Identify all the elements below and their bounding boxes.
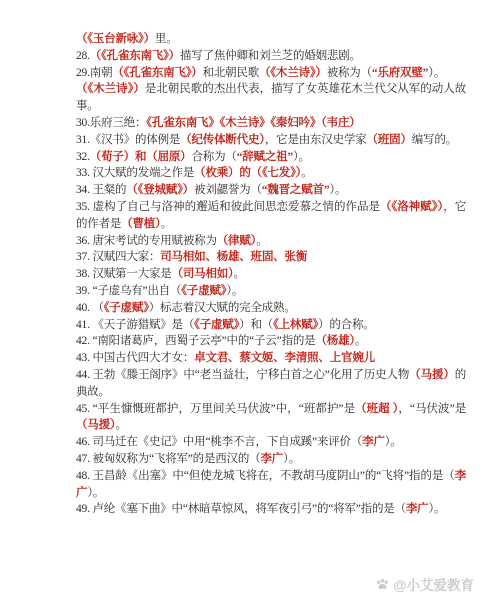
answer-text: 《子虚赋》 bbox=[194, 319, 239, 331]
paw-icon bbox=[375, 577, 390, 592]
list-item: 30.乐府三绝：《孔雀东南飞》《木兰诗》《秦妇吟》（韦庄） bbox=[76, 115, 466, 132]
answer-text: （班超 ） bbox=[355, 403, 398, 415]
answer-text: （《孔雀东南飞》） bbox=[112, 67, 202, 79]
answer-text: （荀子）和（屈原） bbox=[90, 151, 192, 163]
question-text: 31.《汉书》的体例是 bbox=[76, 134, 180, 146]
list-item: 41. 《天子游猎赋》是（《子虚赋》）和（《上林赋》）的合称。 bbox=[76, 317, 466, 334]
answer-text: （马援） bbox=[409, 369, 454, 381]
question-text: ）。 bbox=[293, 151, 310, 163]
list-item: 43. 中国古代四大才女：卓文君、蔡文姬、李清照、上官婉儿 bbox=[76, 350, 466, 367]
answer-text: “乐府双壁” bbox=[372, 67, 428, 79]
list-item: 29.南朝（《孔雀东南飞》）和北朝民歌（《木兰诗》）被称为（“乐府双壁”）。 bbox=[76, 65, 466, 82]
answer-text: （班固） bbox=[367, 134, 412, 146]
answer-text: （《孔雀东南飞》） bbox=[90, 50, 180, 62]
list-item: 32.（荀子）和（屈原）合称为（“辞赋之祖”）。 bbox=[76, 149, 466, 166]
question-text: ，它是由东汉史学家 bbox=[265, 134, 367, 146]
list-item: 31.《汉书》的体例是（纪传体断代史），它是由东汉史学家（班固）编写的。 bbox=[76, 132, 466, 149]
question-text: 36. 唐宋考试的专用赋被称为 bbox=[76, 235, 217, 247]
answer-text: “辞赋之祖” bbox=[237, 151, 293, 163]
answer-text: （司马相如） bbox=[172, 268, 234, 280]
list-item: 39. “子虚乌有”出自（《子虚赋》）。 bbox=[76, 283, 466, 300]
list-item: 46. 司马迁在《史记》中用“桃李不言，下自成蹊”来评价（李广）。 bbox=[76, 434, 466, 451]
document-page: （《玉台新咏》）里。28.（《孔雀东南飞》）描写了焦仲卿和刘兰芝的婚姻悲剧。29… bbox=[0, 0, 500, 600]
answer-text: （《玉台新咏》） bbox=[76, 33, 155, 45]
question-text: ）。 bbox=[283, 453, 300, 465]
list-item: 36. 唐宋考试的专用赋被称为（律赋）。 bbox=[76, 233, 466, 250]
question-text: 41. 《天子游猎赋》是（ bbox=[76, 319, 194, 331]
question-text: 37. 汉赋四大家： bbox=[76, 251, 160, 263]
answer-text: （《洛神赋》） bbox=[380, 201, 443, 213]
question-text: 和北朝民歌 bbox=[203, 67, 260, 79]
question-text: ）。 bbox=[428, 503, 445, 515]
answer-text: 李广 bbox=[260, 453, 283, 465]
question-text: 合称为（ bbox=[191, 151, 236, 163]
list-item: 35. 虚构了自己与洛神的邂逅和彼此间思恋爱慕之情的作品是（《洛神赋》），它的作… bbox=[76, 199, 466, 233]
question-text: ）标志着汉大赋的完全成熟。 bbox=[149, 302, 296, 314]
question-text: 32. bbox=[76, 151, 90, 163]
answer-text: 《孔雀东南飞》《木兰诗》《秦妇吟》（韦庄） bbox=[146, 117, 360, 129]
list-item: 44. 王勃《滕王阁序》中“老当益壮，宁移白首之心”化用了历史人物（马援）的典故… bbox=[76, 367, 466, 401]
answer-text: （《木兰诗》） bbox=[259, 67, 327, 79]
answer-text: 卓文君、蔡文姬、李清照、上官婉儿 bbox=[194, 352, 375, 364]
question-text: 42. “南阳诸葛庐，西蜀子云亭”中的“子云”指的是 bbox=[76, 335, 315, 347]
list-item: （《玉台新咏》）里。 bbox=[76, 31, 466, 48]
question-text: 34. 王粲的 bbox=[76, 184, 126, 196]
list-item: 33. 汉大赋的发端之作是（枚乘）的（《七发》）。 bbox=[76, 165, 466, 182]
question-text: 编写的。 bbox=[412, 134, 457, 146]
answer-text: 《子虚赋》 bbox=[104, 302, 149, 314]
list-item: 48. 王昌龄《出塞》中“但使龙城飞将在，不教胡马度阴山”的“飞将”指的是（李广… bbox=[76, 468, 466, 502]
question-text: 39. “子虚乌有”出自（ bbox=[76, 285, 181, 297]
question-text: 45. “平生慷慨班都护，万里间关马伏波”中，“班都护”是 bbox=[76, 403, 355, 415]
answer-text: 司马相如、杨雄、班固、张衡 bbox=[160, 251, 307, 263]
answer-text: “魏晋之赋首” bbox=[262, 184, 330, 196]
answer-text: （《登城赋》） bbox=[126, 184, 194, 196]
question-text: ）的合称。 bbox=[318, 319, 375, 331]
list-item: 38. 汉赋第一大家是（司马相如）。 bbox=[76, 266, 466, 283]
question-text: 46. 司马迁在《史记》中用“桃李不言，下自成蹊”来评价（ bbox=[76, 436, 362, 448]
list-item: 28.（《孔雀东南飞》）描写了焦仲卿和刘兰芝的婚姻悲剧。 bbox=[76, 48, 466, 65]
answer-text: 李广 bbox=[362, 436, 385, 448]
list-item: 45. “平生慷慨班都护，万里间关马伏波”中，“班都护”是（班超 ），“马伏波”… bbox=[76, 401, 466, 435]
question-text: 33. 汉大赋的发端之作是 bbox=[76, 167, 194, 179]
question-text: 49. 卢纶《塞下曲》中“林暗草惊风，将军夜引弓”的“将军”指的是（ bbox=[76, 503, 406, 515]
question-text: 。 bbox=[234, 268, 245, 280]
question-text: 里。 bbox=[155, 33, 178, 45]
question-text: ）和（ bbox=[239, 319, 273, 331]
question-text: 30.乐府三绝： bbox=[76, 117, 146, 129]
question-text: 44. 王勃《滕王阁序》中“老当益壮，宁移白首之心”化用了历史人物 bbox=[76, 369, 409, 381]
answer-text: （律赋） bbox=[217, 235, 256, 247]
question-text: 40. （ bbox=[76, 302, 104, 314]
question-text: ）。 bbox=[226, 285, 243, 297]
question-text: 。 bbox=[256, 235, 267, 247]
question-text: 被刘勰誉为（ bbox=[194, 184, 262, 196]
list-item: 40. （《子虚赋》）标志着汉大赋的完全成熟。 bbox=[76, 300, 466, 317]
question-text: ）。 bbox=[385, 436, 402, 448]
document-body: （《玉台新咏》）里。28.（《孔雀东南飞》）描写了焦仲卿和刘兰芝的婚姻悲剧。29… bbox=[76, 31, 466, 518]
answer-text: （《木兰诗》） bbox=[76, 83, 145, 95]
list-item: 34. 王粲的（《登城赋》）被刘勰誉为（“魏晋之赋首”）。 bbox=[76, 182, 466, 199]
question-text: 29.南朝 bbox=[76, 67, 112, 79]
question-text: 。 bbox=[161, 218, 172, 230]
answer-text: （枚乘）的（《七发》） bbox=[194, 167, 301, 179]
list-item: 37. 汉赋四大家：司马相如、杨雄、班固、张衡 bbox=[76, 249, 466, 266]
question-text: 47. 被匈奴称为“飞将军”的是西汉的（ bbox=[76, 453, 260, 465]
question-text: 28. bbox=[76, 50, 90, 62]
list-item: 49. 卢纶《塞下曲》中“林暗草惊风，将军夜引弓”的“将军”指的是（李广）。 bbox=[76, 501, 466, 518]
question-text: 43. 中国古代四大才女： bbox=[76, 352, 194, 364]
question-text: ）。 bbox=[87, 487, 104, 499]
answer-text: 《子虚赋》 bbox=[181, 285, 226, 297]
question-text: 。 bbox=[301, 167, 312, 179]
question-text: 描写了焦仲卿和刘兰芝的婚姻悲剧。 bbox=[180, 50, 361, 62]
list-item: 47. 被匈奴称为“飞将军”的是西汉的（李广）。 bbox=[76, 451, 466, 468]
question-text: ）。 bbox=[428, 67, 445, 79]
watermark: @小艾爱教育 bbox=[375, 574, 474, 594]
question-text: ，“马伏波”是 bbox=[398, 403, 466, 415]
question-text: 35. 虚构了自己与洛神的邂逅和彼此间思恋爱慕之情的作品是 bbox=[76, 201, 380, 213]
question-text: 38. 汉赋第一大家是 bbox=[76, 268, 172, 280]
answer-text: （曹植） bbox=[121, 218, 160, 230]
answer-text: （杨雄） bbox=[315, 335, 354, 347]
question-text: ）。 bbox=[329, 184, 346, 196]
answer-text: 《上林赋》 bbox=[273, 319, 318, 331]
list-item: 42. “南阳诸葛庐，西蜀子云亭”中的“子云”指的是（杨雄）。 bbox=[76, 333, 466, 350]
answer-text: 李广 bbox=[406, 503, 429, 515]
question-text: 被称为（ bbox=[327, 67, 372, 79]
question-text: 。 bbox=[115, 419, 126, 431]
question-text: 。 bbox=[355, 335, 366, 347]
list-item: （《木兰诗》）是北朝民歌的杰出代表，描写了女英雄花木兰代父从军的动人故事。 bbox=[76, 81, 466, 115]
watermark-text: @小艾爱教育 bbox=[393, 574, 474, 594]
answer-text: （马援） bbox=[76, 419, 115, 431]
question-text: 48. 王昌龄《出塞》中“但使龙城飞将在，不教胡马度阴山”的“飞将”指的是（ bbox=[76, 470, 455, 482]
answer-text: （纪传体断代史） bbox=[180, 134, 265, 146]
